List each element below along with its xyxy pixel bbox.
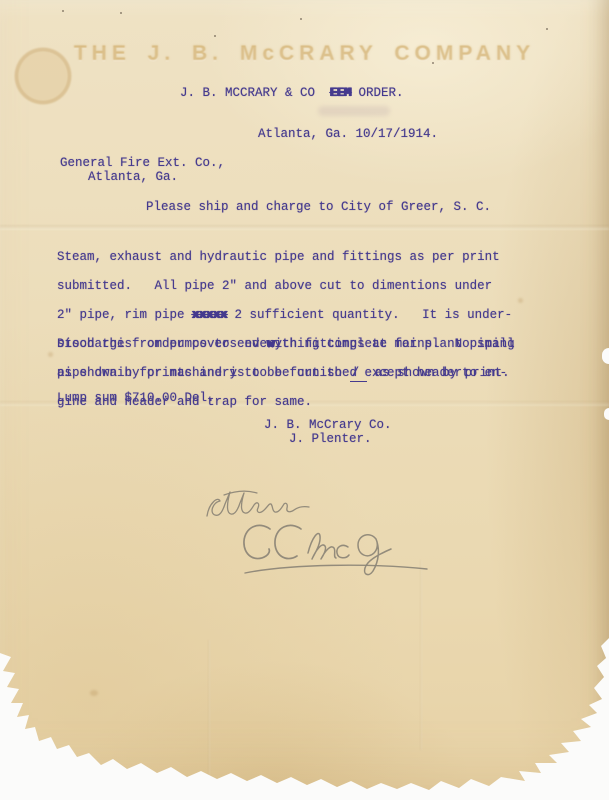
paper-speck — [214, 35, 216, 37]
ship-charge-line: Please ship and charge to City of Greer,… — [146, 200, 491, 215]
paper-speck — [432, 62, 434, 64]
embossed-letterhead: THE J. B. McCRARY COMPANY — [0, 42, 609, 66]
handwritten-initials-signature — [244, 525, 427, 574]
vertical-crease-right — [420, 560, 422, 750]
date-line: Atlanta, Ga. 10/17/1914. — [258, 127, 438, 142]
para2-line1-post: ith fittings at mains. No small — [275, 337, 515, 351]
handwritten-attention-note — [207, 491, 309, 516]
pencil-handwriting — [195, 485, 445, 585]
signature-company: J. B. McCrary Co. — [264, 418, 392, 433]
para1-line3-post: 2 sufficient quantity. It is under- — [227, 308, 512, 322]
paper-speck — [546, 28, 548, 30]
paper-speck — [300, 18, 302, 20]
para1-line3-pre: 2" pipe, rim pipe — [57, 308, 192, 322]
para1-struck-word: xxxxx — [192, 308, 227, 322]
vertical-crease-left — [208, 640, 210, 790]
para2-line1-pre: Discharge from pumps to end — [57, 337, 267, 351]
signature-underline-flourish — [245, 565, 427, 573]
order-heading-prefix: J. B. MCCRARY & CO — [180, 86, 330, 100]
paper-speck — [62, 10, 64, 12]
aged-paper-sheet: THE J. B. McCRARY COMPANY J. B. MCCRARY … — [0, 0, 609, 796]
erased-text-smudge — [318, 106, 390, 116]
recipient-name: General Fire Ext. Co., — [60, 156, 225, 171]
para1-line1: Steam, exhaust and hydrautic pipe and fi… — [57, 250, 500, 264]
fold-crease-top — [0, 225, 609, 230]
order-heading-suffix: ORDER. — [351, 86, 404, 100]
para2-line2: pipe drain for machinery to be furnished… — [57, 366, 507, 380]
edge-tear-nick — [602, 348, 609, 364]
paper-speck — [120, 12, 122, 14]
signature-signer: J. Plenter. — [289, 432, 372, 447]
recipient-city: Atlanta, Ga. — [88, 170, 178, 185]
paper-stain — [90, 690, 98, 696]
paper-stain — [518, 298, 523, 303]
embossed-seal — [14, 46, 72, 106]
edge-tear-nick — [604, 408, 609, 420]
order-heading: J. B. MCCRARY & CO EEM ORDER. — [180, 86, 404, 101]
para1-line2: submitted. All pipe 2" and above cut to … — [57, 279, 492, 293]
para2-overstruck-char: w — [267, 337, 275, 351]
order-heading-struck-text: EEM — [330, 86, 351, 100]
paper-stain — [48, 352, 53, 357]
lump-sum-line: Lump sum $710.00 Del. — [57, 391, 215, 406]
